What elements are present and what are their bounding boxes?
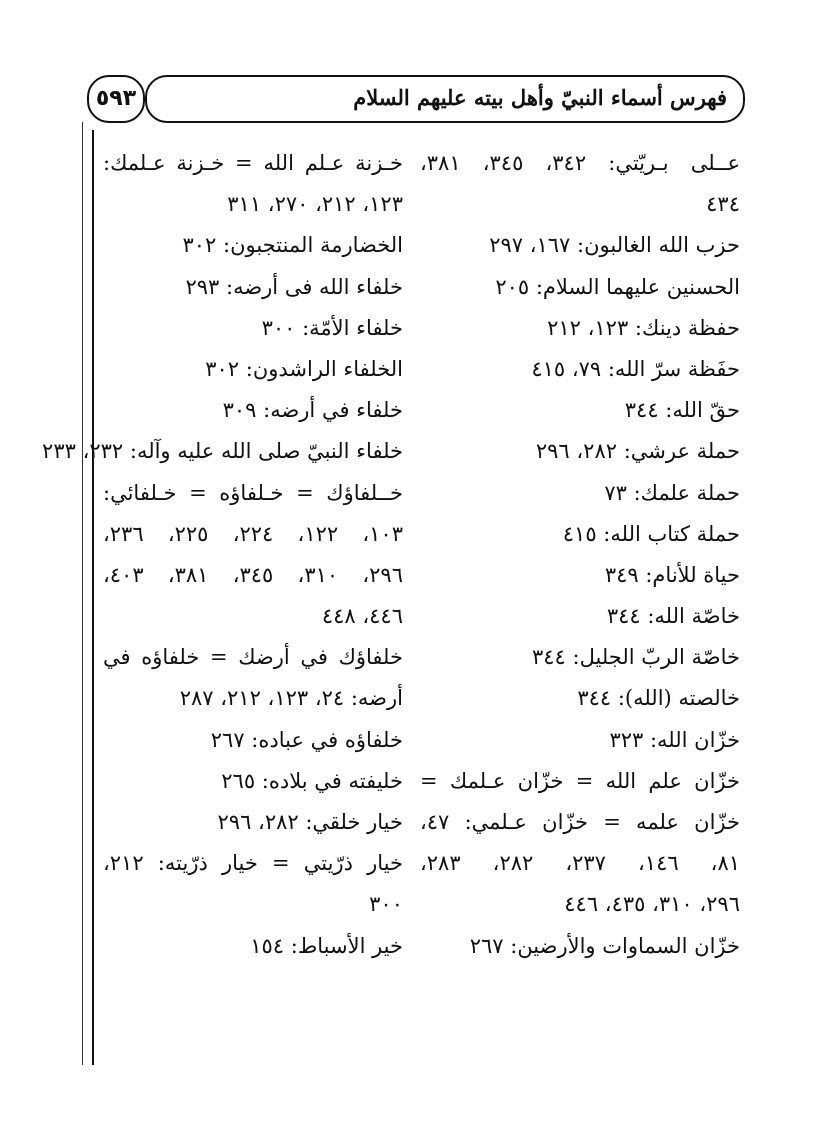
index-entry: أرضه: ٢٤، ١٢٣، ٢١٢، ٢٨٧	[103, 678, 403, 719]
index-entry: خيار ذرّيتي = خيار ذرّيته: ٢١٢،	[103, 843, 403, 884]
index-entry: ٢٩٦، ٣١٠، ٣٤٥، ٣٨١، ٤٠٣،	[103, 555, 403, 596]
index-entry: ٣٠٠	[103, 884, 403, 925]
index-entry: ١٠٣، ١٢٢، ٢٢٤، ٢٢٥، ٢٣٦،	[103, 514, 403, 555]
index-entry: حملة عرشي: ٢٨٢، ٢٩٦	[420, 431, 740, 472]
index-column-left: خـزنة عـلم الله = خـزنة عـلمك: ١٢٣، ٢١٢،…	[103, 143, 403, 967]
index-entry: ٤٤٦، ٤٤٨	[103, 596, 403, 637]
index-entry: حقّ الله: ٣٤٤	[420, 390, 740, 431]
index-entry: خير الأسباط: ١٥٤	[103, 926, 403, 967]
index-entry: ١٢٣، ٢١٢، ٢٧٠، ٣١١	[103, 184, 403, 225]
index-entry: خزّان السماوات والأرضين: ٢٦٧	[420, 926, 740, 967]
margin-rule-thin	[82, 122, 83, 1065]
index-entry: خلفاء الأمّة: ٣٠٠	[103, 308, 403, 349]
index-entry: خلفاء النبيّ صلى الله عليه وآله: ٢٣٢، ٢٣…	[103, 431, 403, 472]
index-entry: خـزنة عـلم الله = خـزنة عـلمك:	[103, 143, 403, 184]
index-entry: خالصته (الله): ٣٤٤	[420, 678, 740, 719]
index-entry: خاصّة الله: ٣٤٤	[420, 596, 740, 637]
index-entry: خيار خلقي: ٢٨٢، ٢٩٦	[103, 802, 403, 843]
index-entry: خزّان علم الله = خزّان عـلمك =	[420, 761, 740, 802]
index-entry: حفَظة سرّ الله: ٧٩، ٤١٥	[420, 349, 740, 390]
index-entry: حياة للأنام: ٣٤٩	[420, 555, 740, 596]
index-entry: ٤٣٤	[420, 184, 740, 225]
index-entry: الحسنين عليهما السلام: ٢٠٥	[420, 267, 740, 308]
index-entry: الخلفاء الراشدون: ٣٠٢	[103, 349, 403, 390]
index-entry: حفظة دينك: ١٢٣، ٢١٢	[420, 308, 740, 349]
running-header: فهرس أسماء النبيّ وأهل بيته عليهم السلام	[145, 75, 745, 123]
index-entry: حملة كتاب الله: ٤١٥	[420, 514, 740, 555]
index-column-right: عــلى بـريّتي: ٣٤٢، ٣٤٥، ٣٨١، ٤٣٤ حزب ال…	[420, 143, 740, 967]
page-number: ٥٩٣	[87, 75, 145, 123]
index-entry: خلفاء الله فى أرضه: ٢٩٣	[103, 267, 403, 308]
header-title: فهرس أسماء النبيّ وأهل بيته عليهم السلام	[353, 85, 727, 110]
index-entry: خلفاء في أرضه: ٣٠٩	[103, 390, 403, 431]
index-entry: خاصّة الربّ الجليل: ٣٤٤	[420, 637, 740, 678]
index-entry: حزب الله الغالبون: ١٦٧، ٢٩٧	[420, 225, 740, 266]
index-entry: حملة علمك: ٧٣	[420, 473, 740, 514]
index-entry: خــلفاؤك = خـلفاؤه = خـلفائي:	[103, 473, 403, 514]
index-entry: عــلى بـريّتي: ٣٤٢، ٣٤٥، ٣٨١،	[420, 143, 740, 184]
index-entry: الخضارمة المنتجبون: ٣٠٢	[103, 225, 403, 266]
index-entry: خلفاؤك في أرضك = خلفاؤه في	[103, 637, 403, 678]
index-entry: خزّان الله: ٣٢٣	[420, 720, 740, 761]
margin-rule-thick	[92, 130, 94, 1065]
index-entry: ٢٩٦، ٣١٠، ٤٣٥، ٤٤٦	[420, 884, 740, 925]
index-entry: خزّان علمه = خزّان عـلمي: ٤٧،	[420, 802, 740, 843]
index-entry: خليفته في بلاده: ٢٦٥	[103, 761, 403, 802]
index-entry: ٨١، ١٤٦، ٢٣٧، ٢٨٢، ٢٨٣،	[420, 843, 740, 884]
index-entry: خلفاؤه في عباده: ٢٦٧	[103, 720, 403, 761]
